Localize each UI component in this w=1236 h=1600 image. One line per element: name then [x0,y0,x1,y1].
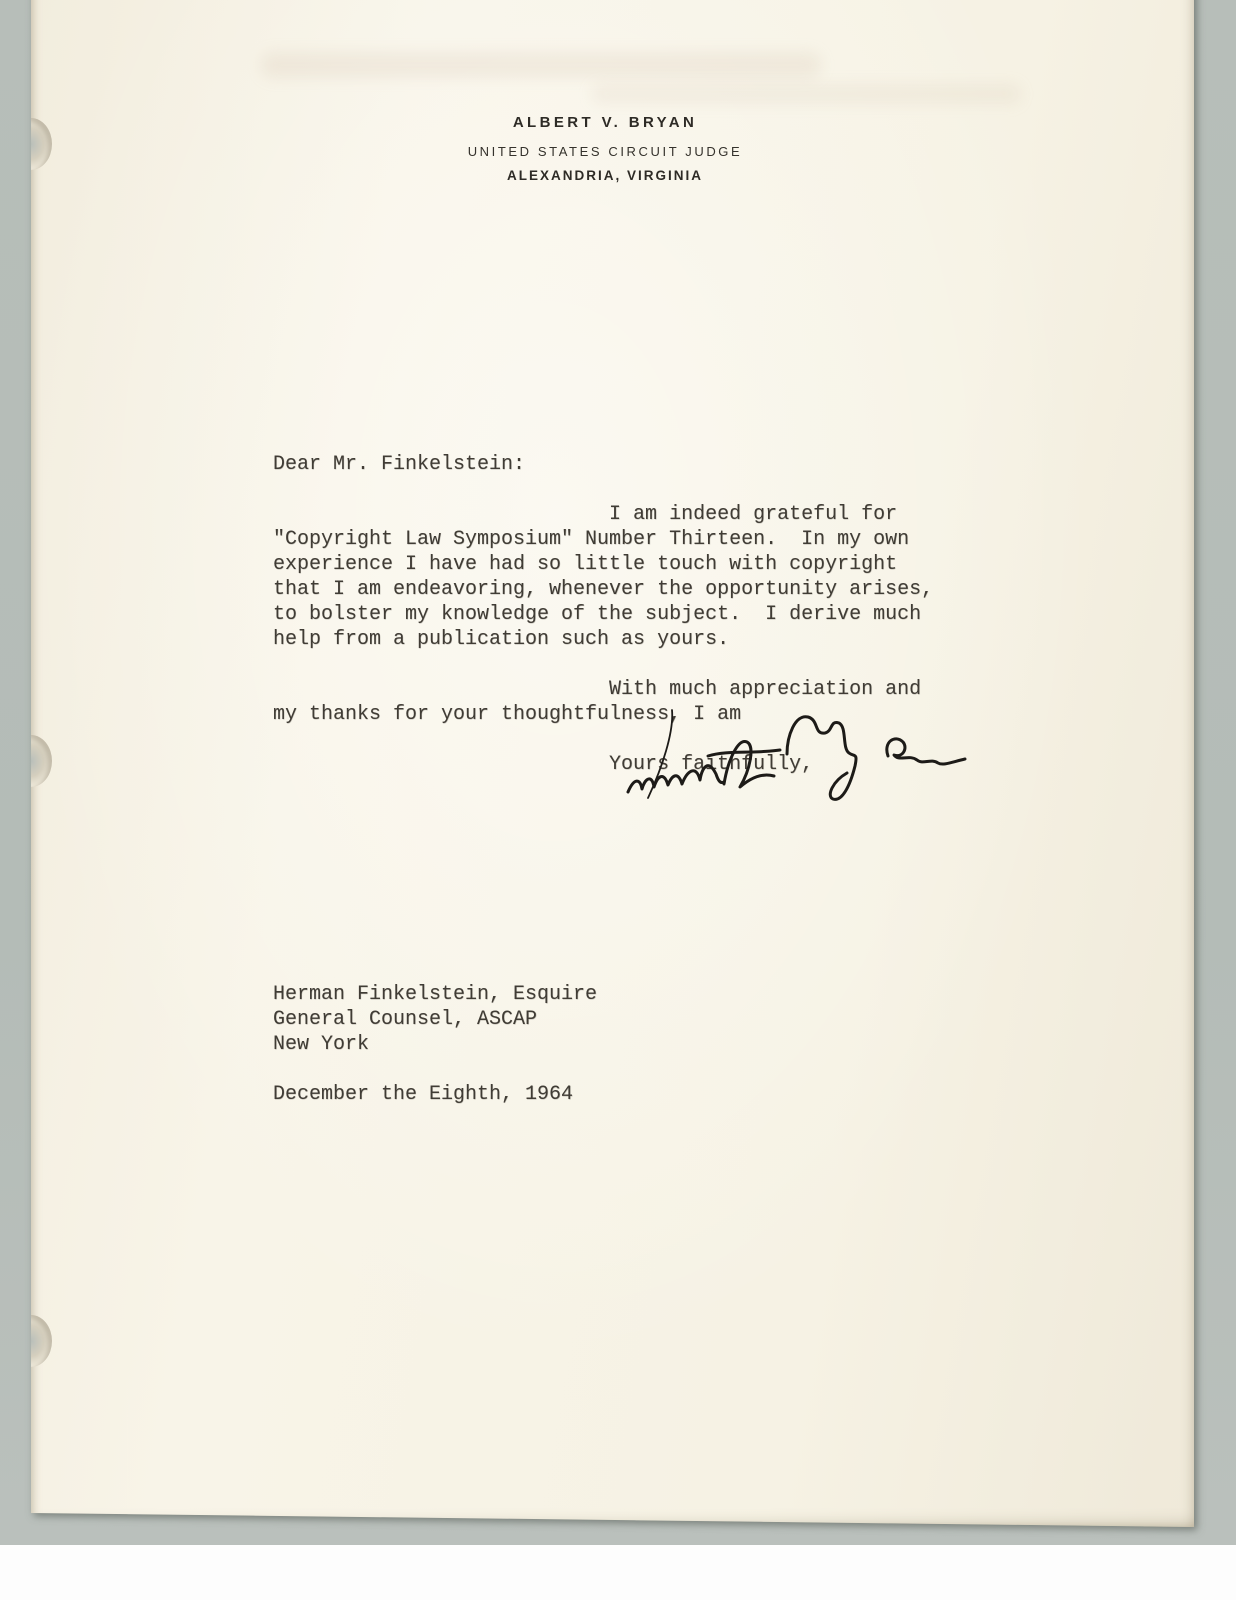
paper-shadow-wrap: ALBERT V. BRYAN UNITED STATES CIRCUIT JU… [0,0,1236,1545]
letterhead: ALBERT V. BRYAN UNITED STATES CIRCUIT JU… [31,114,1179,183]
letter-page: ALBERT V. BRYAN UNITED STATES CIRCUIT JU… [31,0,1194,1527]
binder-hole-notch [31,1315,52,1367]
letterhead-title: UNITED STATES CIRCUIT JUDGE [31,144,1179,159]
signature-autograph [590,692,978,814]
binder-hole-notch [31,735,52,787]
letterhead-name: ALBERT V. BRYAN [31,114,1179,131]
showthrough-smudge [591,84,1021,104]
photo-bottom-margin [0,1545,1236,1600]
showthrough-smudge [261,52,821,78]
recipient-and-date-block: Herman Finkelstein, Esquire General Coun… [273,982,597,1107]
letterhead-location: ALEXANDRIA, VIRGINIA [31,168,1179,183]
